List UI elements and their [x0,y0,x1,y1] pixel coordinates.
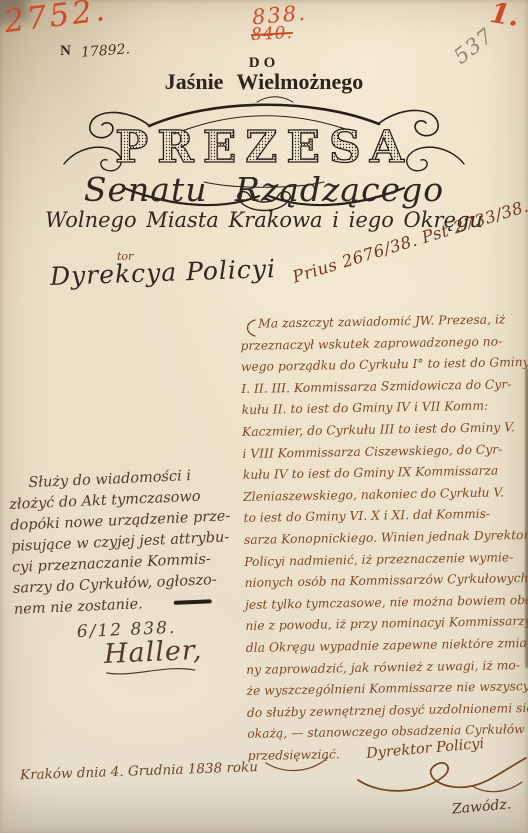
dateline-text: Kraków dnia 4. Grudnia 1838 roku [20,759,258,783]
haller-signature-flourish [102,661,199,679]
signature-flourish [352,752,528,802]
ink-dash [173,599,211,605]
margin-decision-note: Służy do wiadomości i złożyć do Akt tymc… [8,464,255,690]
file-number-crossed-out: 840. [251,23,294,45]
main-text-block: Ma zaszczyt zawiadomić JW. Prezesa, iż p… [240,309,528,767]
letterhead-senate-line: Senatu Rządzącego [0,170,528,209]
document-page: 2752. N 17892. 838. 840. 1. 537 DO Jaśni… [0,0,528,833]
margin-line-text: nem nie zostanie. [14,596,143,618]
registry-number-red: 2752. [2,0,109,40]
ink-insertion-above-sender: tor [117,250,133,263]
dateline-flourish [264,755,331,777]
page-number-red: 1. [488,0,522,33]
ornamental-title-text: PREZESA [115,122,413,173]
